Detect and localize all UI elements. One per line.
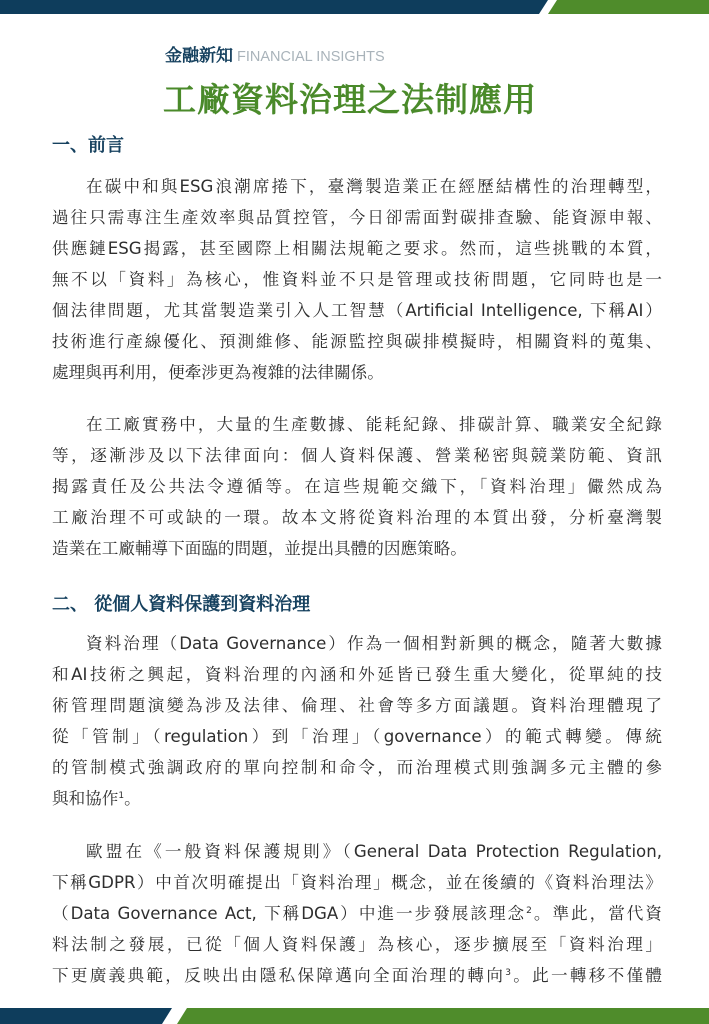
text-line: 無不以「資料」為核心，惟資料並不只是管理或技術問題，它同時也是一	[52, 264, 662, 295]
text-line: 處理與再利用，便牽涉更為複雜的法律關係。	[52, 357, 662, 388]
article-title: 工廠資料治理之法制應用	[163, 74, 537, 121]
text-line: 過往只需專注生產效率與品質控管，今日卻需面對碳排查驗、能資源申報、	[52, 202, 662, 233]
text-line-with-footnote: 下更廣義典範，反映出由隱私保障邁向全面治理的轉向3。此一轉移不僅體	[52, 960, 662, 991]
text-line: 下稱GDPR）中首次明確提出「資料治理」概念，並在後續的《資料治理法》	[52, 867, 662, 898]
masthead-english: FINANCIAL INSIGHTS	[237, 49, 385, 65]
masthead: 金融新知FINANCIAL INSIGHTS	[165, 41, 385, 66]
text-line: 歐盟在《一般資料保護規則》（General Data Protection Re…	[52, 836, 662, 867]
paragraph-intro-1: 在碳中和與ESG浪潮席捲下，臺灣製造業正在經歷結構性的治理轉型， 過往只需專注生…	[52, 171, 662, 388]
text-fragment: 。準此，當代資	[532, 904, 662, 923]
text-line: 揭露責任及公共法令遵循等。在這些規範交織下，「資料治理」儼然成為	[52, 471, 662, 502]
bottom-banner-bar	[0, 1008, 709, 1024]
text-line: 和AI技術之興起，資料治理的內涵和外延皆已發生重大變化，從單純的技	[52, 659, 662, 690]
top-banner-bar	[0, 0, 709, 14]
text-line: 從「管制」（regulation）到「治理」（governance）的範式轉變。…	[52, 721, 662, 752]
text-line: 供應鏈ESG揭露，甚至國際上相關法規範之要求。然而，這些挑戰的本質，	[52, 233, 662, 264]
top-bar-green-segment	[548, 0, 709, 14]
text-fragment: 。	[124, 789, 141, 808]
text-line: 個法律問題，尤其當製造業引入人工智慧（Artificial Intelligen…	[52, 295, 662, 326]
text-line-with-footnote: （Data Governance Act, 下稱DGA）中進一步發展該理念2。準…	[52, 898, 662, 929]
text-fragment: （Data Governance Act, 下稱DGA）中進一步發展該理念	[52, 904, 526, 923]
text-line: 在碳中和與ESG浪潮席捲下，臺灣製造業正在經歷結構性的治理轉型，	[52, 171, 662, 202]
paragraph-governance-2: 歐盟在《一般資料保護規則》（General Data Protection Re…	[52, 836, 662, 991]
text-fragment: 下更廣義典範，反映出由隱私保障邁向全面治理的轉向	[52, 966, 505, 985]
text-line: 資料治理（Data Governance）作為一個相對新興的概念，隨著大數據	[52, 628, 662, 659]
top-bar-navy-segment	[0, 0, 548, 14]
text-line-with-footnote: 與和協作1。	[52, 783, 662, 814]
text-fragment: 與和協作	[52, 789, 118, 808]
bottom-bar-navy-segment	[0, 1008, 172, 1024]
paragraph-intro-2: 在工廠實務中，大量的生產數據、能耗紀錄、排碳計算、職業安全紀錄 等，逐漸涉及以下…	[52, 409, 662, 564]
section-heading-introduction: 一、前言	[52, 131, 124, 157]
text-line: 造業在工廠輔導下面臨的問題，並提出具體的因應策略。	[52, 533, 662, 564]
text-line: 料法制之發展，已從「個人資料保護」為核心，逐步擴展至「資料治理」	[52, 929, 662, 960]
text-line: 的管制模式強調政府的單向控制和命令，而治理模式則強調多元主體的參	[52, 752, 662, 783]
masthead-chinese: 金融新知	[165, 46, 233, 66]
text-line: 工廠治理不可或缺的一環。故本文將從資料治理的本質出發，分析臺灣製	[52, 502, 662, 533]
bottom-bar-green-segment	[177, 1008, 709, 1024]
section-heading-data-governance: 二、 從個人資料保護到資料治理	[52, 590, 310, 616]
text-fragment: 。此一轉移不僅體	[511, 966, 662, 985]
text-line: 在工廠實務中，大量的生產數據、能耗紀錄、排碳計算、職業安全紀錄	[52, 409, 662, 440]
text-line: 等，逐漸涉及以下法律面向：個人資料保護、營業秘密與競業防範、資訊	[52, 440, 662, 471]
text-line: 技術進行產線優化、預測維修、能源監控與碳排模擬時，相關資料的蒐集、	[52, 326, 662, 357]
text-line: 術管理問題演變為涉及法律、倫理、社會等多方面議題。資料治理體現了	[52, 690, 662, 721]
paragraph-governance-1: 資料治理（Data Governance）作為一個相對新興的概念，隨著大數據 和…	[52, 628, 662, 814]
